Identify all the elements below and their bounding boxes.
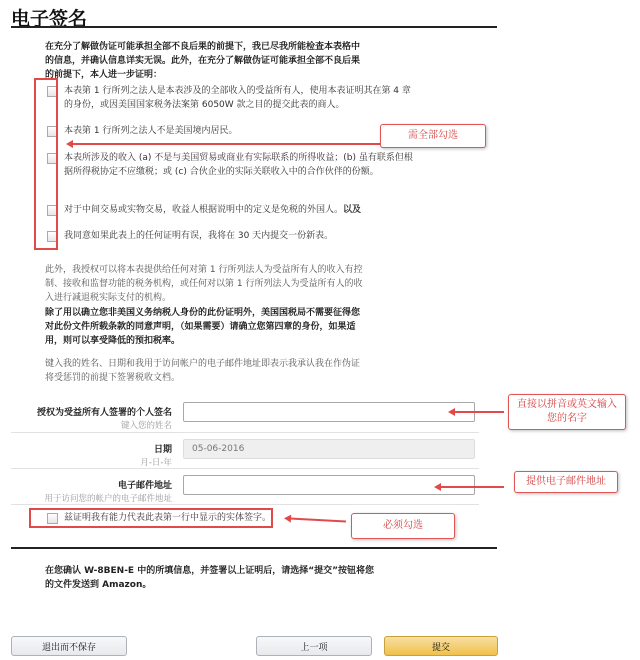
date-label: 日期 [12, 442, 172, 455]
certification-label-4-text: 对于中间交易或实物交易，收益人根据说明中的定义是免税的外国人。 [64, 205, 343, 215]
certification-label-5: 我同意如果此表上的任何证明有误，我将在 30 天内提交一份新表。 [64, 229, 417, 243]
callout-check-all: 需全部勾选 [380, 124, 486, 148]
bottom-divider [11, 547, 497, 549]
row-divider [11, 432, 479, 433]
certification-label-1: 本表第 1 行所列之法人是本表涉及的全部收入的受益所有人，使用本表证明其在第 4… [64, 84, 417, 112]
authorization-text: 此外，我授权可以将本表提供给任何对第 1 行所列法人为受益所有人的收入有控制、接… [45, 263, 365, 305]
certification-item-1[interactable]: 本表第 1 行所列之法人是本表涉及的全部收入的受益所有人，使用本表证明其在第 4… [47, 84, 417, 112]
date-sublabel: 月-日-年 [12, 456, 172, 468]
checkbox-column-highlight [34, 78, 58, 250]
certification-label-2: 本表第 1 行所列之法人不是美国境内居民。 [64, 124, 417, 138]
certification-label-4-suffix: 以及 [343, 205, 361, 215]
row-divider [11, 468, 479, 469]
certification-label-4: 对于中间交易或实物交易，收益人根据说明中的定义是免税的外国人。以及 [64, 203, 417, 217]
certification-item-5[interactable]: 我同意如果此表上的任何证明有误，我将在 30 天内提交一份新表。 [47, 229, 417, 243]
previous-button[interactable]: 上一项 [256, 636, 372, 656]
email-arrow [440, 486, 504, 488]
certification-item-3[interactable]: 本表所涉及的收入 (a) 不是与美国贸易或商业有实际联系的所得收益；(b) 虽有… [47, 151, 417, 179]
signing-notice-text: 键入我的姓名、日期和我用于访问帐户的电子邮件地址即表示我承认我在作伪证将受惩罚的… [45, 357, 365, 385]
signature-sublabel: 键入您的姓名 [12, 419, 172, 431]
row-divider [11, 504, 479, 505]
certification-item-4[interactable]: 对于中间交易或实物交易，收益人根据说明中的定义是免税的外国人。以及 [47, 203, 417, 217]
callout-provide-email: 提供电子邮件地址 [514, 471, 618, 493]
check-all-arrow [72, 143, 380, 145]
email-sublabel: 用于访问您的帐户的电子邮件地址 [12, 492, 172, 504]
certification-label-3: 本表所涉及的收入 (a) 不是与美国贸易或商业有实际联系的所得收益；(b) 虽有… [64, 151, 417, 179]
capacity-checkbox[interactable] [47, 513, 58, 524]
email-input[interactable] [183, 475, 475, 495]
signature-label: 授权为受益所有人签署的个人签名 [12, 405, 172, 418]
callout-enter-name: 直接以拼音或英文输入您的名字 [508, 394, 626, 430]
capacity-certification-item[interactable]: 兹证明我有能力代表此表第一行中显示的实体签字。 [47, 511, 277, 525]
email-label: 电子邮件地址 [12, 478, 172, 491]
intro-text: 在充分了解做伪证可能承担全部不良后果的前提下，我已尽我所能检查本表格中的信息，并… [45, 40, 365, 82]
signature-input[interactable] [183, 402, 475, 422]
title-divider [11, 26, 497, 28]
exit-without-saving-button[interactable]: 退出而不保存 [11, 636, 127, 656]
must-check-arrow [290, 518, 346, 523]
submit-notice-text: 在您确认 W-8BEN-E 中的所填信息，并签署以上证明后，请选择“提交”按钮将… [45, 564, 375, 592]
submit-button[interactable]: 提交 [384, 636, 498, 656]
date-input [183, 439, 475, 459]
capacity-label: 兹证明我有能力代表此表第一行中显示的实体签字。 [64, 511, 277, 525]
irs-notice-text: 除了用以确立您非美国义务纳税人身份的此份证明外，美国国税局不需要征得您对此份文件… [45, 306, 365, 348]
certification-item-2[interactable]: 本表第 1 行所列之法人不是美国境内居民。 [47, 124, 417, 138]
callout-must-check: 必须勾选 [351, 513, 455, 539]
signature-arrow [454, 411, 504, 413]
